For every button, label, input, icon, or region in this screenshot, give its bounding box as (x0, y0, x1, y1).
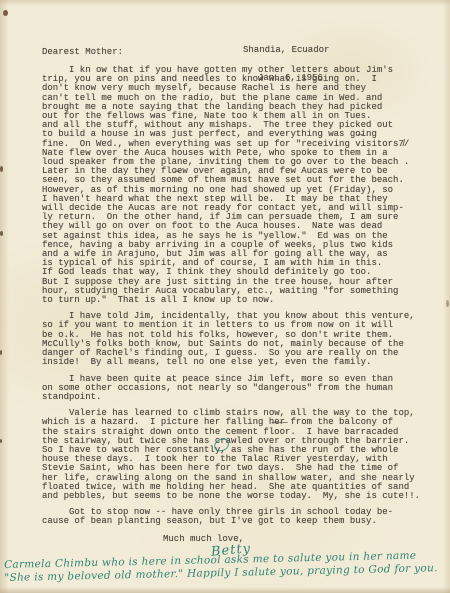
paper-speck (3, 10, 8, 16)
letter-body: I kn ow that if you have gotten my other… (42, 66, 420, 544)
paper-speck (0, 166, 3, 172)
paragraph-5: Got to stop now -- have only three girls… (42, 508, 420, 526)
paragraph-3: I have been quite at peace since Jim lef… (42, 375, 420, 403)
paper-speck (0, 439, 2, 443)
paper-speck (0, 231, 3, 236)
paragraph-2: I have told Jim, incidentally, that you … (42, 312, 420, 367)
handwritten-postscript: Carmela Chimbu who is here in school ask… (4, 549, 450, 585)
letter-page: Shandia, Ecuador Jan. 6, 1956 Dearest Mo… (0, 0, 450, 593)
salutation: Dearest Mother: (42, 48, 123, 57)
paragraph-1: I kn ow that if you have gotten my other… (42, 66, 420, 305)
paper-speck (0, 350, 2, 355)
paragraph-4: Valerie has learned to climb stairs now,… (42, 409, 420, 501)
closing: Much much love, (163, 535, 420, 544)
paper-speck (446, 300, 449, 307)
heading-place: Shandia, Ecuador (243, 46, 329, 55)
